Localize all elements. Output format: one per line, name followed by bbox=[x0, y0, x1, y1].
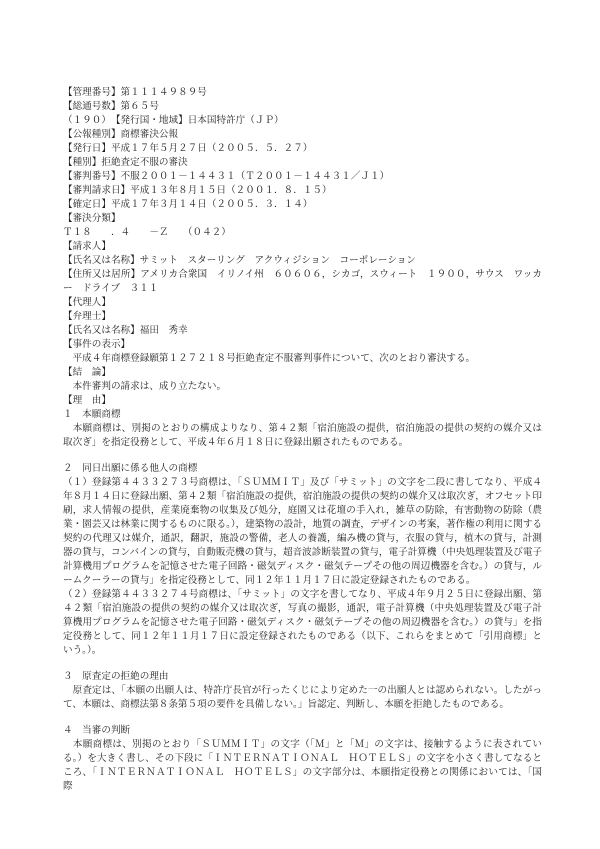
section-heading: １ 本願商標 bbox=[63, 408, 542, 422]
paragraph: （２）登録第４４３３２７４号商標は、「サミット」の文字を書してなり、平成４年９月… bbox=[63, 588, 542, 658]
field-line: 【氏名又は名称】福田 秀幸 bbox=[63, 324, 542, 338]
field-line: 【公報種別】商標審決公報 bbox=[63, 128, 542, 142]
paragraph: 本件審判の請求は、成り立たない。 bbox=[63, 380, 542, 394]
paragraph: 平成４年商標登録願第１２７２１８号拒絶査定不服審判事件について、次のとおり審決す… bbox=[63, 352, 542, 366]
field-line: 【審判番号】不服２００１－１４４３１（Ｔ２００１－１４４３１／Ｊ１） bbox=[63, 170, 542, 184]
field-line: 【種別】拒絶査定不服の審決 bbox=[63, 156, 542, 170]
document-body: 【管理番号】第１１１４９８９号【総通号数】第６５号（１９０） 【発行国・地域】日… bbox=[63, 86, 542, 794]
field-line: 【事件の表示】 bbox=[63, 338, 542, 352]
section-heading: ４ 当審の判断 bbox=[63, 724, 542, 738]
field-line: 【審判請求日】平成１３年８月１５日（２００１．８．１５） bbox=[63, 184, 542, 198]
paragraph: 【住所又は居所】アメリカ合衆国 イリノイ州 ６０６０６，シカゴ，スウィート １９… bbox=[63, 268, 542, 296]
paragraph: （１）登録第４４３３２７３号商標は、「ＳＵＭＭＩＴ」及び「サミット」の文字を二段… bbox=[63, 476, 542, 588]
field-line: 【発行日】平成１７年５月２７日（２００５．５．２７） bbox=[63, 142, 542, 156]
field-line: 【氏名又は名称】サミット スターリング アクウィジション コーポレーション bbox=[63, 254, 542, 268]
classification-code-line: Ｔ１８ ．４ －Ｚ （０４２） bbox=[63, 226, 542, 240]
field-line: 【結 論】 bbox=[63, 366, 542, 380]
gazette-page: 【管理番号】第１１１４９８９号【総通号数】第６５号（１９０） 【発行国・地域】日… bbox=[0, 0, 600, 849]
field-line: 【理 由】 bbox=[63, 394, 542, 408]
field-line: 【弁理士】 bbox=[63, 310, 542, 324]
field-line: 【審決分類】 bbox=[63, 212, 542, 226]
field-line: 【確定日】平成１７年３月１４日（２００５．３．１４） bbox=[63, 198, 542, 212]
field-line: 【管理番号】第１１１４９８９号 bbox=[63, 86, 542, 100]
section-heading: ２ 同日出願に係る他人の商標 bbox=[63, 462, 542, 476]
paragraph-spacer bbox=[63, 450, 542, 462]
section-heading: ３ 原査定の拒絶の理由 bbox=[63, 670, 542, 684]
paragraph: 原査定は、「本願の出願人は、特許庁長官が行ったくじにより定めた一の出願人とは認め… bbox=[63, 684, 542, 712]
field-line: 【請求人】 bbox=[63, 240, 542, 254]
field-line: 【代理人】 bbox=[63, 296, 542, 310]
paragraph: 本願商標は、別掲のとおりの構成よりなり、第４２類「宿泊施設の提供，宿泊施設の提供… bbox=[63, 422, 542, 450]
paragraph-spacer bbox=[63, 712, 542, 724]
paragraph: 本願商標は、別掲のとおり「ＳＵＭＭＩＴ」の文字（「Ｍ」と「Ｍ」の文字は、接触する… bbox=[63, 738, 542, 794]
field-line: （１９０） 【発行国・地域】日本国特許庁（ＪＰ） bbox=[63, 114, 542, 128]
paragraph-spacer bbox=[63, 658, 542, 670]
field-line: 【総通号数】第６５号 bbox=[63, 100, 542, 114]
